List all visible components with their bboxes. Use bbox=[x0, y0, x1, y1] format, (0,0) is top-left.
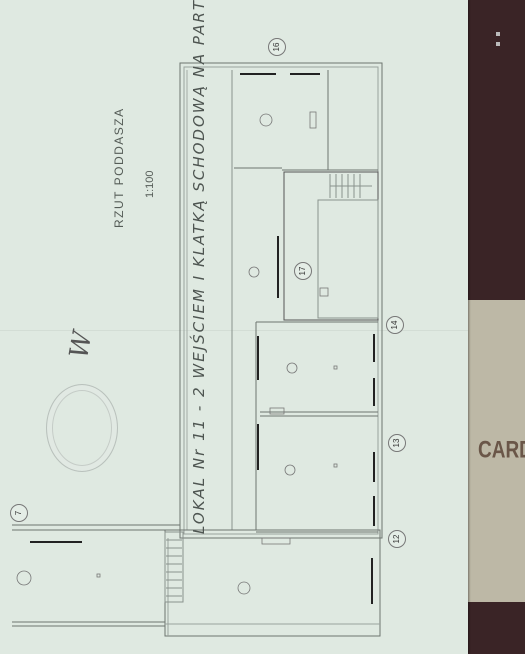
floor-plan-sheet: RZUT PODDASZA 1:100 LOKAL Nr 11 - 2 WEJŚ… bbox=[0, 0, 468, 654]
folder-label: CARD bbox=[478, 437, 525, 465]
axis-marker-12: 12 bbox=[388, 530, 406, 548]
axis-marker-13: 13 bbox=[388, 434, 406, 452]
official-stamp bbox=[46, 384, 118, 472]
plan-title: RZUT PODDASZA bbox=[112, 107, 126, 228]
signature: W bbox=[64, 329, 98, 361]
plan-scale: 1:100 bbox=[144, 170, 156, 198]
room-label-17: 17 bbox=[294, 262, 312, 280]
handwritten-annotation: LOKAL Nr 11 - 2 WEJŚCIEM I KLATKĄ SCHODO… bbox=[190, 0, 208, 534]
axis-marker-7: 7 bbox=[10, 504, 28, 522]
binder-holes bbox=[496, 32, 500, 52]
axis-marker-16: 16 bbox=[268, 38, 286, 56]
axis-marker-14: 14 bbox=[386, 316, 404, 334]
